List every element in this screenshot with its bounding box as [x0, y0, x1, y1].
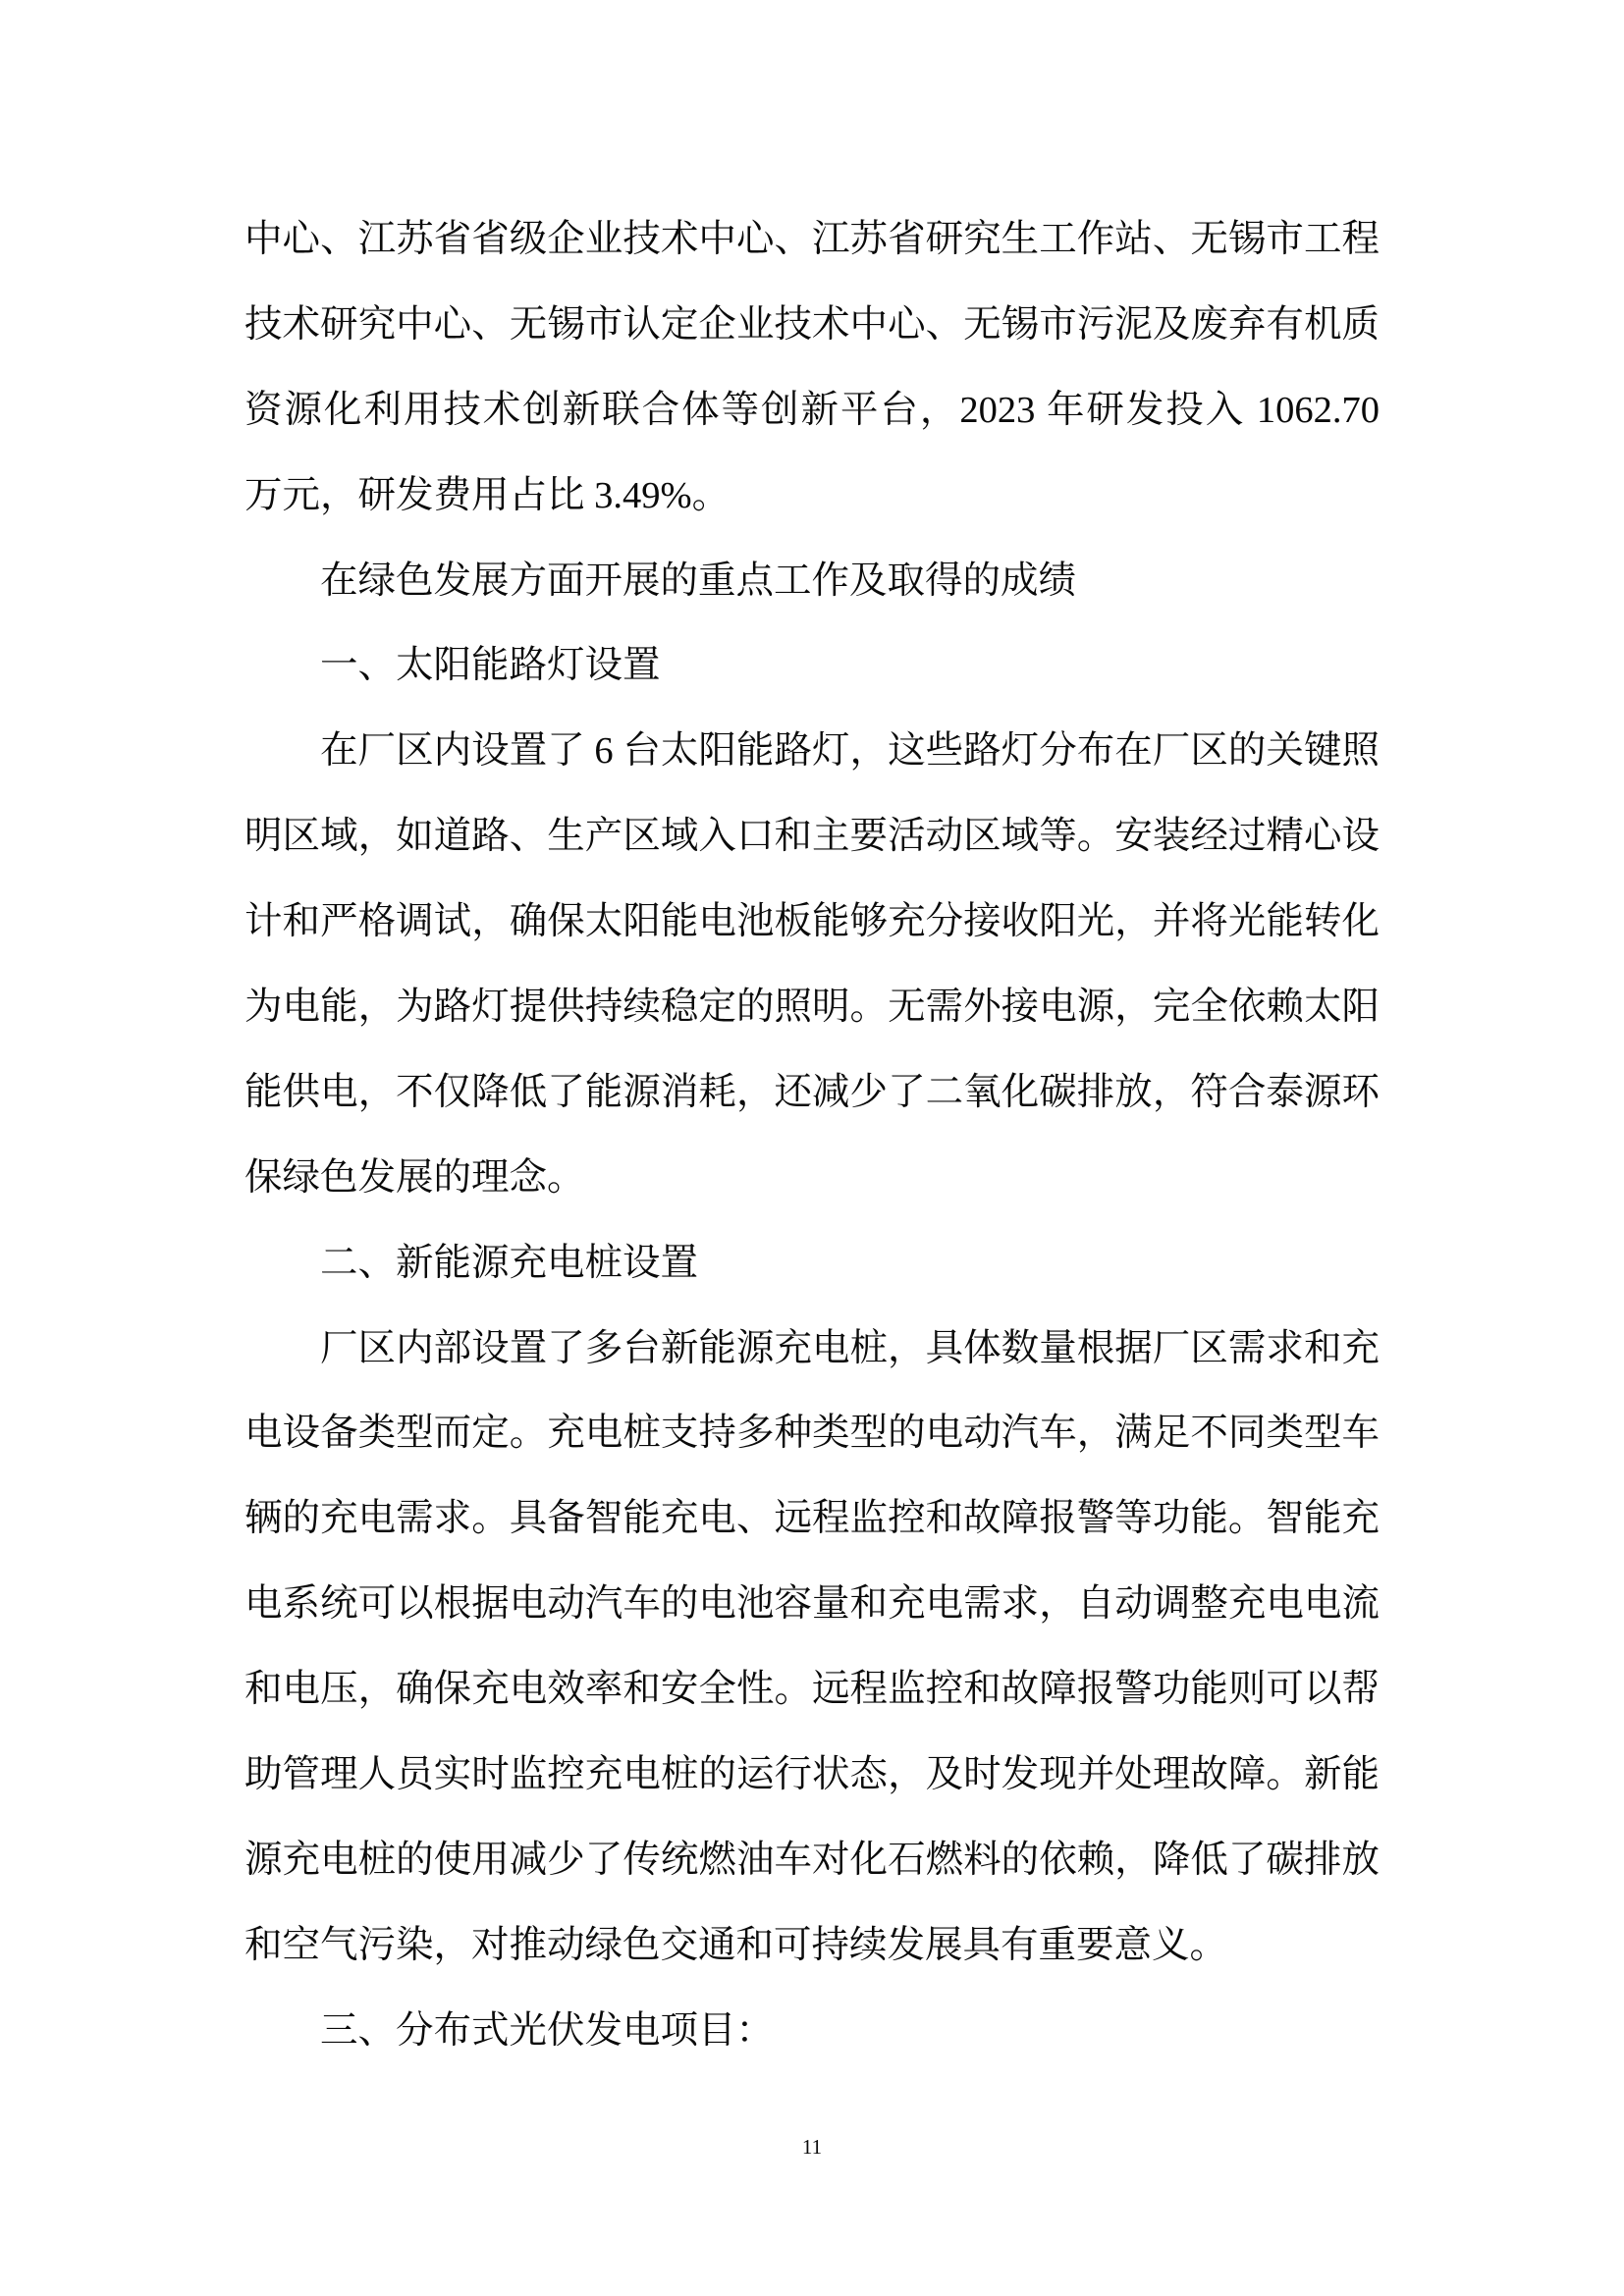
text-line: 电系统可以根据电动汽车的电池容量和充电需求，自动调整充电电流 [244, 1562, 1380, 1647]
text-line: 电设备类型而定。充电桩支持多种类型的电动汽车，满足不同类型车 [244, 1391, 1380, 1476]
text-line: 明区域，如道路、生产区域入口和主要活动区域等。安装经过精心设 [244, 794, 1380, 880]
text-line: 能供电，不仅降低了能源消耗，还减少了二氧化碳排放，符合泰源环 [244, 1050, 1380, 1136]
text-line: 为电能，为路灯提供持续稳定的照明。无需外接电源，完全依赖太阳 [244, 965, 1380, 1050]
text-line: 助管理人员实时监控充电桩的运行状态，及时发现并处理故障。新能 [244, 1733, 1380, 1818]
section-heading-2: 二、新能源充电桩设置 [244, 1221, 1380, 1307]
text-line: 资源化利用技术创新联合体等创新平台，2023 年研发投入 1062.70 [244, 368, 1380, 454]
document-page: 中心、江苏省省级企业技术中心、江苏省研究生工作站、无锡市工程 技术研究中心、无锡… [0, 0, 1624, 2296]
text-line: 中心、江苏省省级企业技术中心、江苏省研究生工作站、无锡市工程 [244, 197, 1380, 283]
text-line: 和电压，确保充电效率和安全性。远程监控和故障报警功能则可以帮 [244, 1647, 1380, 1733]
document-body: 中心、江苏省省级企业技术中心、江苏省研究生工作站、无锡市工程 技术研究中心、无锡… [244, 197, 1380, 2074]
section-heading-3: 三、分布式光伏发电项目： [244, 1989, 1380, 2074]
text-line: 源充电桩的使用减少了传统燃油车对化石燃料的依赖，降低了碳排放 [244, 1818, 1380, 1903]
text-line: 和空气污染，对推动绿色交通和可持续发展具有重要意义。 [244, 1903, 1380, 1989]
section-intro-line: 在绿色发展方面开展的重点工作及取得的成绩 [244, 539, 1380, 624]
text-line: 在厂区内设置了 6 台太阳能路灯，这些路灯分布在厂区的关键照 [244, 709, 1380, 794]
text-line: 万元，研发费用占比 3.49%。 [244, 454, 1380, 539]
text-line: 技术研究中心、无锡市认定企业技术中心、无锡市污泥及废弃有机质 [244, 283, 1380, 368]
page-number: 11 [0, 2132, 1624, 2162]
section-heading-1: 一、太阳能路灯设置 [244, 623, 1380, 709]
text-line: 辆的充电需求。具备智能充电、远程监控和故障报警等功能。智能充 [244, 1476, 1380, 1562]
text-line: 保绿色发展的理念。 [244, 1136, 1380, 1221]
text-line: 计和严格调试，确保太阳能电池板能够充分接收阳光，并将光能转化 [244, 880, 1380, 965]
text-line: 厂区内部设置了多台新能源充电桩，具体数量根据厂区需求和充 [244, 1307, 1380, 1392]
